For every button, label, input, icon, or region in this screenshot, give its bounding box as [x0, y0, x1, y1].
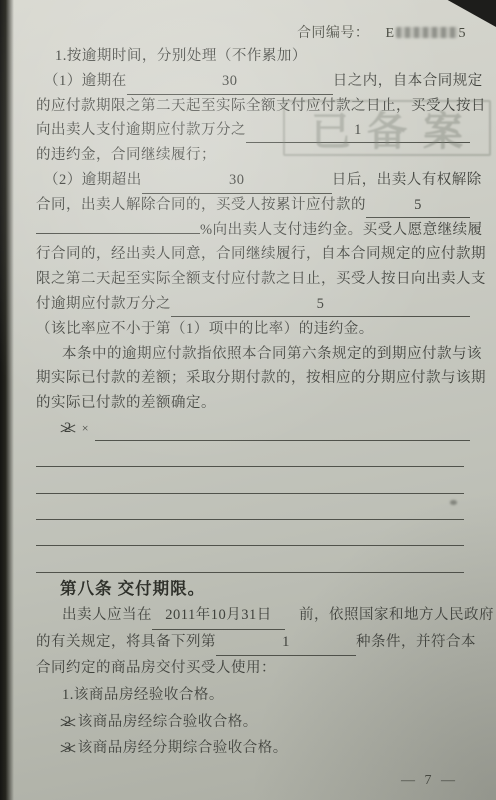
blank-line: [36, 546, 464, 572]
blank-empty-line: [95, 416, 470, 441]
clause-item2-line1: （2）逾期超出30日后，出卖人有权解除: [36, 168, 470, 193]
clause-item1-line4: 的违约金，合同继续履行；: [36, 143, 470, 168]
text-segment: %向出卖人支付违约金。买受人愿意继续履: [200, 222, 483, 238]
clause-item2-line7: （该比率应不小于第（1）项中的比率）的违约金。: [36, 317, 470, 342]
contract-number-row: 合同编号：E5: [36, 24, 470, 44]
blank-line: [36, 441, 464, 467]
photo-artifact: [450, 500, 457, 505]
blank-penalty-rate-1: 1: [246, 118, 470, 143]
note-line2: 期实际已付款的差额；采取分期付款的，按相应的分期应付款与该期: [36, 366, 470, 391]
blank-line: [36, 494, 464, 520]
redacted-digits: [396, 27, 458, 38]
clause-item1-line1: （1）逾期在30日之内，自本合同规定: [36, 69, 470, 94]
handwritten-x-mark: ×: [74, 416, 95, 441]
text-segment: 出卖人应当在: [62, 607, 152, 623]
crossed-out-number: 2: [62, 709, 74, 736]
article8-section: 第八条 交付期限。 出卖人应当在2011年10月31日前，依照国家和地方人民政府…: [36, 576, 470, 762]
clause-item2-line3: %向出卖人支付违约金。买受人愿意继续履: [36, 218, 470, 243]
blank-overdue-days-1: 30: [127, 69, 333, 95]
blank-condition-number: 1: [216, 629, 356, 657]
blank-penalty-rate-2: 5: [171, 292, 470, 317]
contract-number-prefix: E: [385, 26, 394, 41]
clause-item2-line5: 限之第二天起至实际全额支付应付款之日止，买受人按日向出卖人支: [36, 267, 470, 292]
clause-item2-line4: 行合同的，经出卖人同意，合同继续履行，自本合同规定的应付款期: [36, 242, 470, 267]
note-line3: 的实际已付款的差额确定。: [36, 391, 470, 416]
blank-empty-segment: [36, 233, 200, 234]
blank-line: [36, 520, 464, 546]
crossed-clause-line: 2×: [36, 416, 470, 441]
text-segment: 合同，出卖人解除合同的，买受人按累计应付款的: [36, 193, 366, 218]
article8-option2: 2该商品房经综合验收合格。: [36, 709, 470, 736]
clause-item1-line2: 的应付款期限之第二天起至实际全额支付应付款之日止，买受人按日: [36, 94, 470, 119]
article8-line1: 出卖人应当在2011年10月31日前，依照国家和地方人民政府: [36, 602, 470, 629]
text-segment: 向出卖人支付逾期应付款万分之: [36, 118, 246, 143]
text-segment: 该商品房经综合验收合格。: [74, 714, 258, 730]
blank-overdue-days-2: 30: [142, 168, 332, 194]
text-segment: （2）逾期超出: [44, 172, 142, 188]
contract-number-label: 合同编号：: [297, 26, 370, 41]
text-segment: 该商品房经分期综合验收合格。: [74, 740, 288, 756]
text-segment: 付逾期应付款万分之: [36, 292, 171, 317]
crossed-out-number: 3: [62, 735, 74, 762]
article8-option1: 1.该商品房经验收合格。: [36, 682, 470, 709]
blank-line: [36, 467, 464, 493]
clause-item2-line2: 合同，出卖人解除合同的，买受人按累计应付款的5: [36, 193, 470, 218]
text-segment: 日之内，自本合同规定: [333, 73, 483, 89]
article8-line2: 的有关规定，将具备下列第1种条件，并符合本: [36, 629, 470, 656]
blank-delivery-date: 2011年10月31日: [152, 602, 285, 630]
article8-line3: 合同约定的商品房交付买受人使用：: [36, 655, 470, 682]
text-segment: 前，依照国家和地方人民政府: [285, 607, 494, 623]
text-segment: 日后，出卖人有权解除: [332, 172, 482, 188]
text-segment: （1）逾期在: [44, 73, 127, 89]
photo-corner-shadow: [434, 0, 496, 27]
article8-heading: 第八条 交付期限。: [36, 576, 470, 603]
note-line1: 本条中的逾期应付款指依照本合同第六条规定的到期应付款与该: [36, 342, 470, 367]
clause-item1-line3: 向出卖人支付逾期应付款万分之1: [36, 118, 470, 143]
crossed-out-number: 2: [62, 416, 74, 441]
photo-left-edge: [0, 0, 14, 800]
page-content: 合同编号：E5 1.按逾期时间，分别处理（不作累加） （1）逾期在30日之内，自…: [36, 24, 470, 791]
scanned-contract-page: 合同编号：E5 1.按逾期时间，分别处理（不作累加） （1）逾期在30日之内，自…: [0, 0, 496, 800]
contract-number-suffix: 5: [459, 26, 467, 41]
text-segment: 种条件，并符合本: [356, 634, 476, 650]
article8-option3: 3该商品房经分期综合验收合格。: [36, 735, 470, 762]
blank-ruled-lines: [36, 441, 464, 573]
clause-intro: 1.按逾期时间，分别处理（不作累加）: [36, 44, 470, 69]
text-segment: 的有关规定，将具备下列第: [36, 634, 216, 650]
contract-number-value: E5: [385, 26, 466, 41]
blank-percent-value: 5: [366, 193, 470, 218]
page-number: — 7 —: [36, 771, 470, 791]
clause-item2-line6: 付逾期应付款万分之5: [36, 292, 470, 317]
